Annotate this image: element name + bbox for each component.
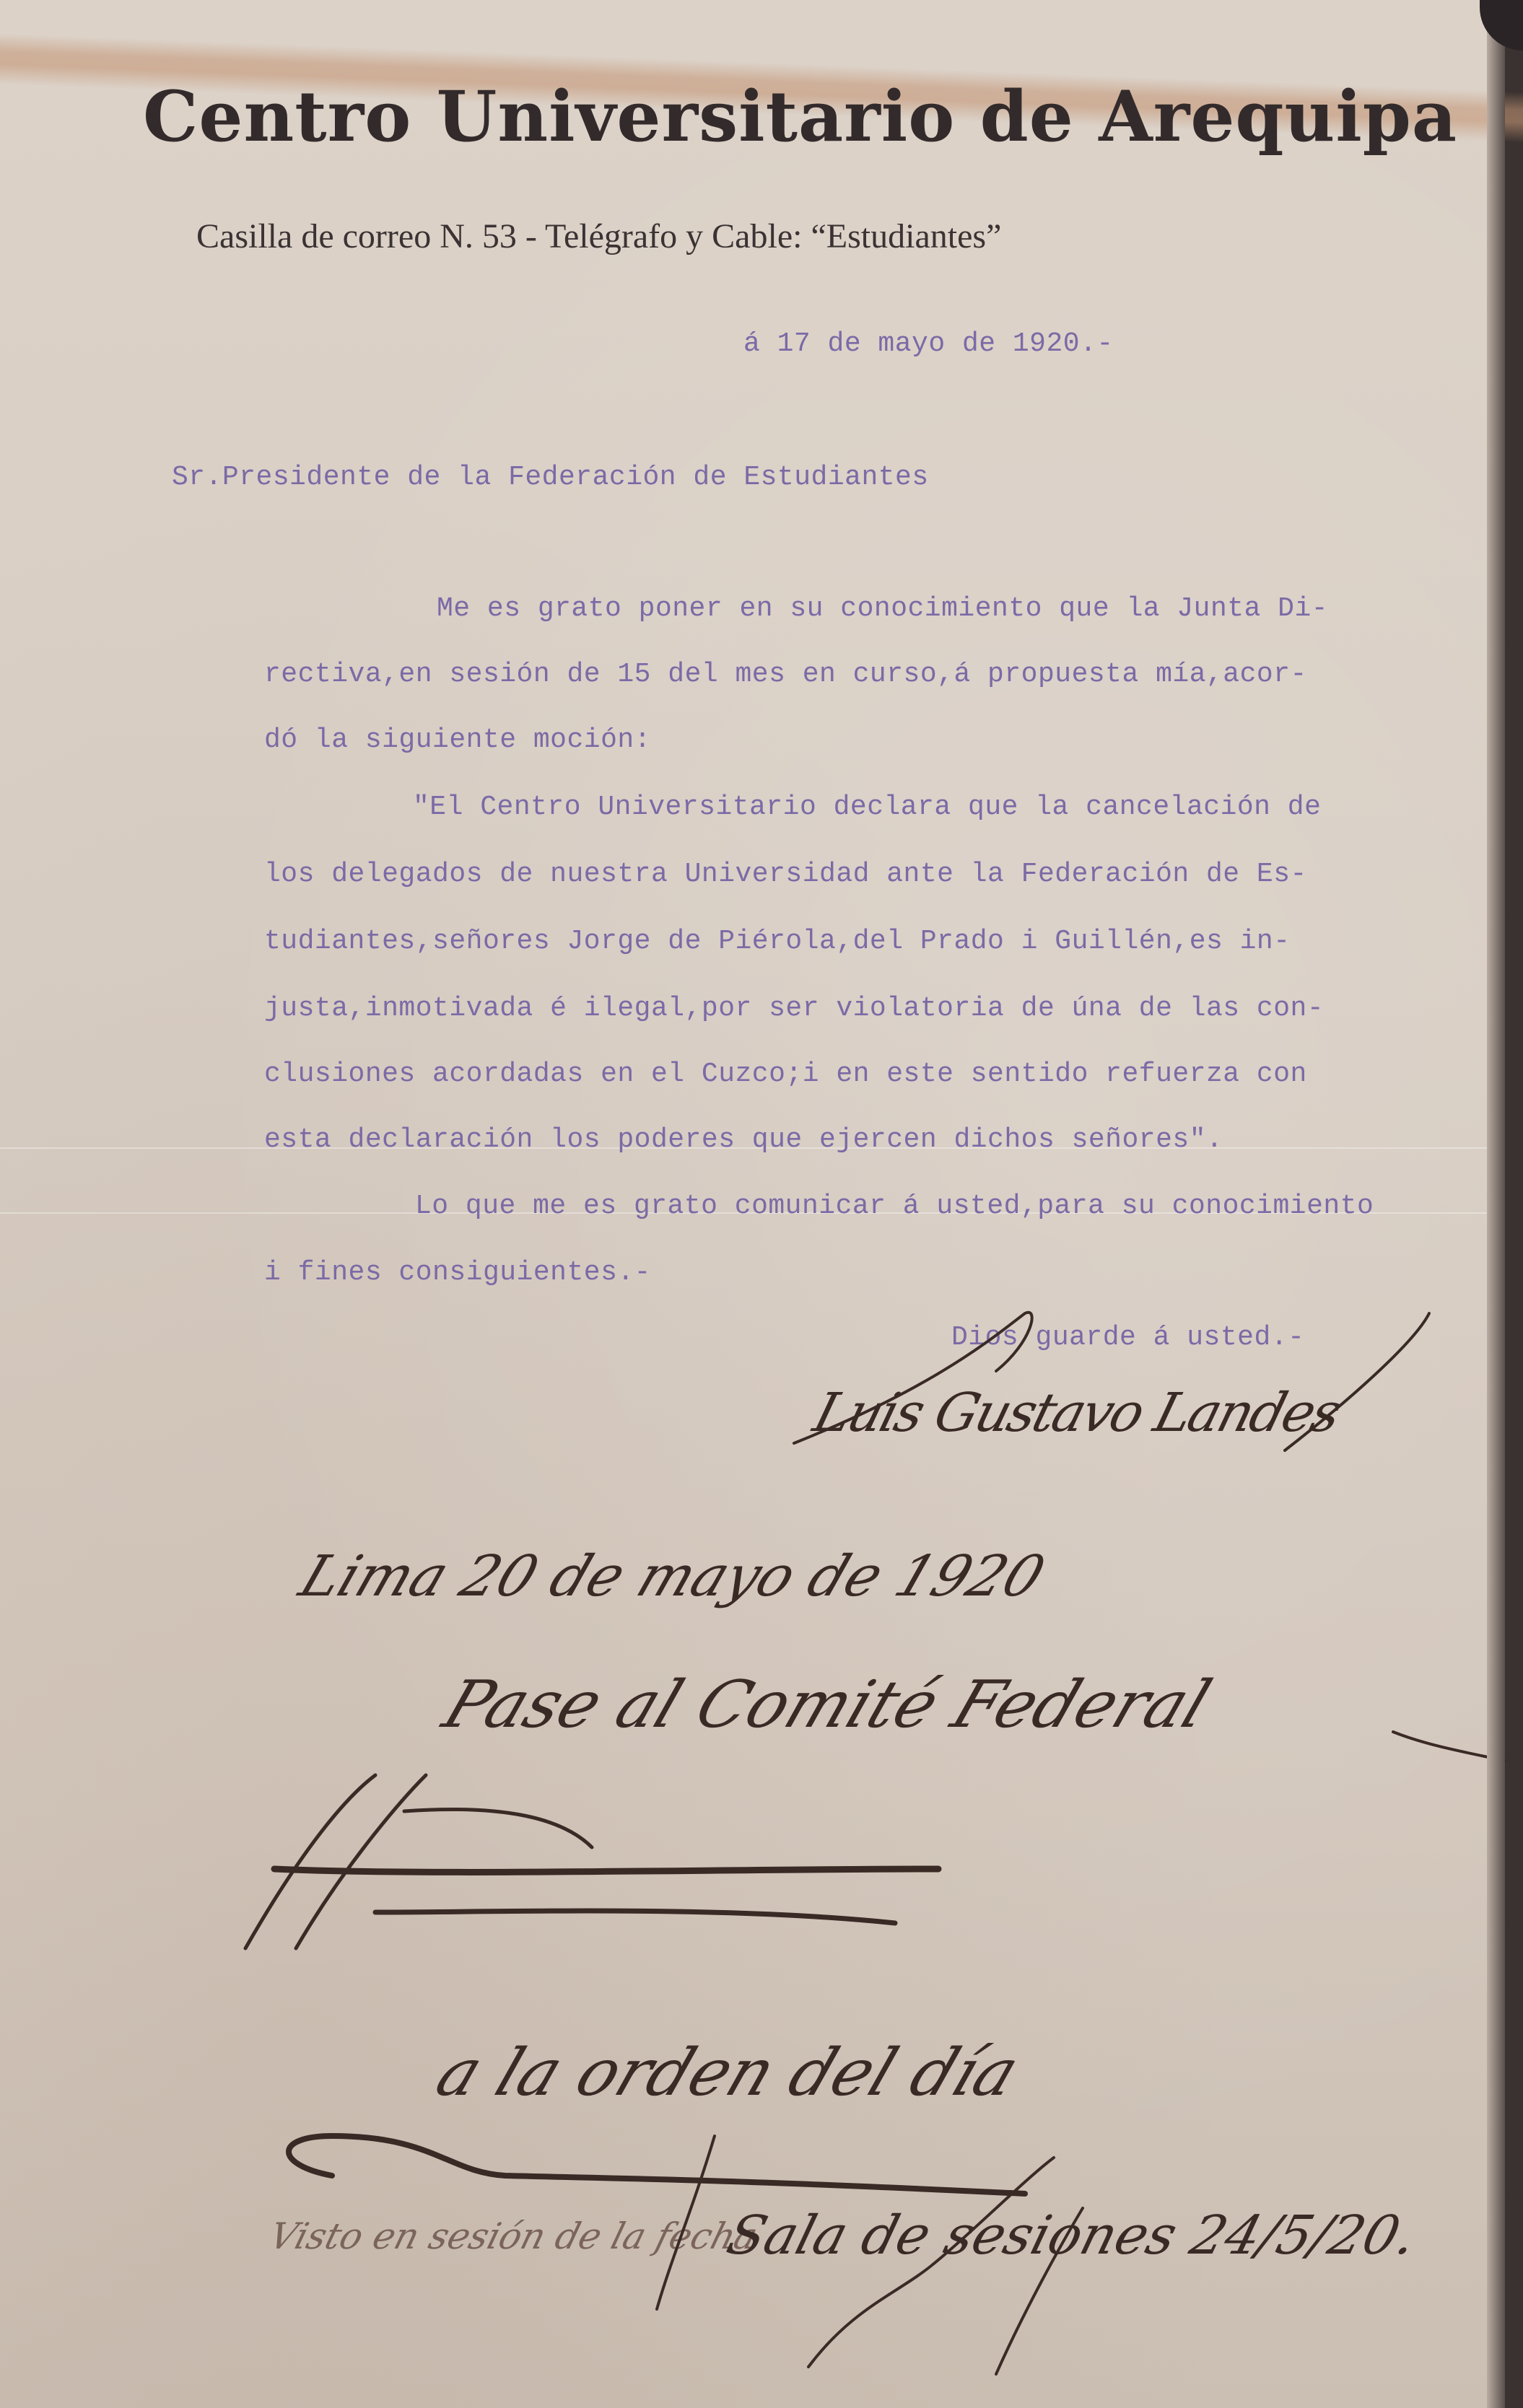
page-edge	[1487, 0, 1505, 2408]
ink-flourishes	[0, 0, 1523, 2408]
letter-page: Centro Universitario de Arequipa Casilla…	[0, 0, 1505, 2408]
